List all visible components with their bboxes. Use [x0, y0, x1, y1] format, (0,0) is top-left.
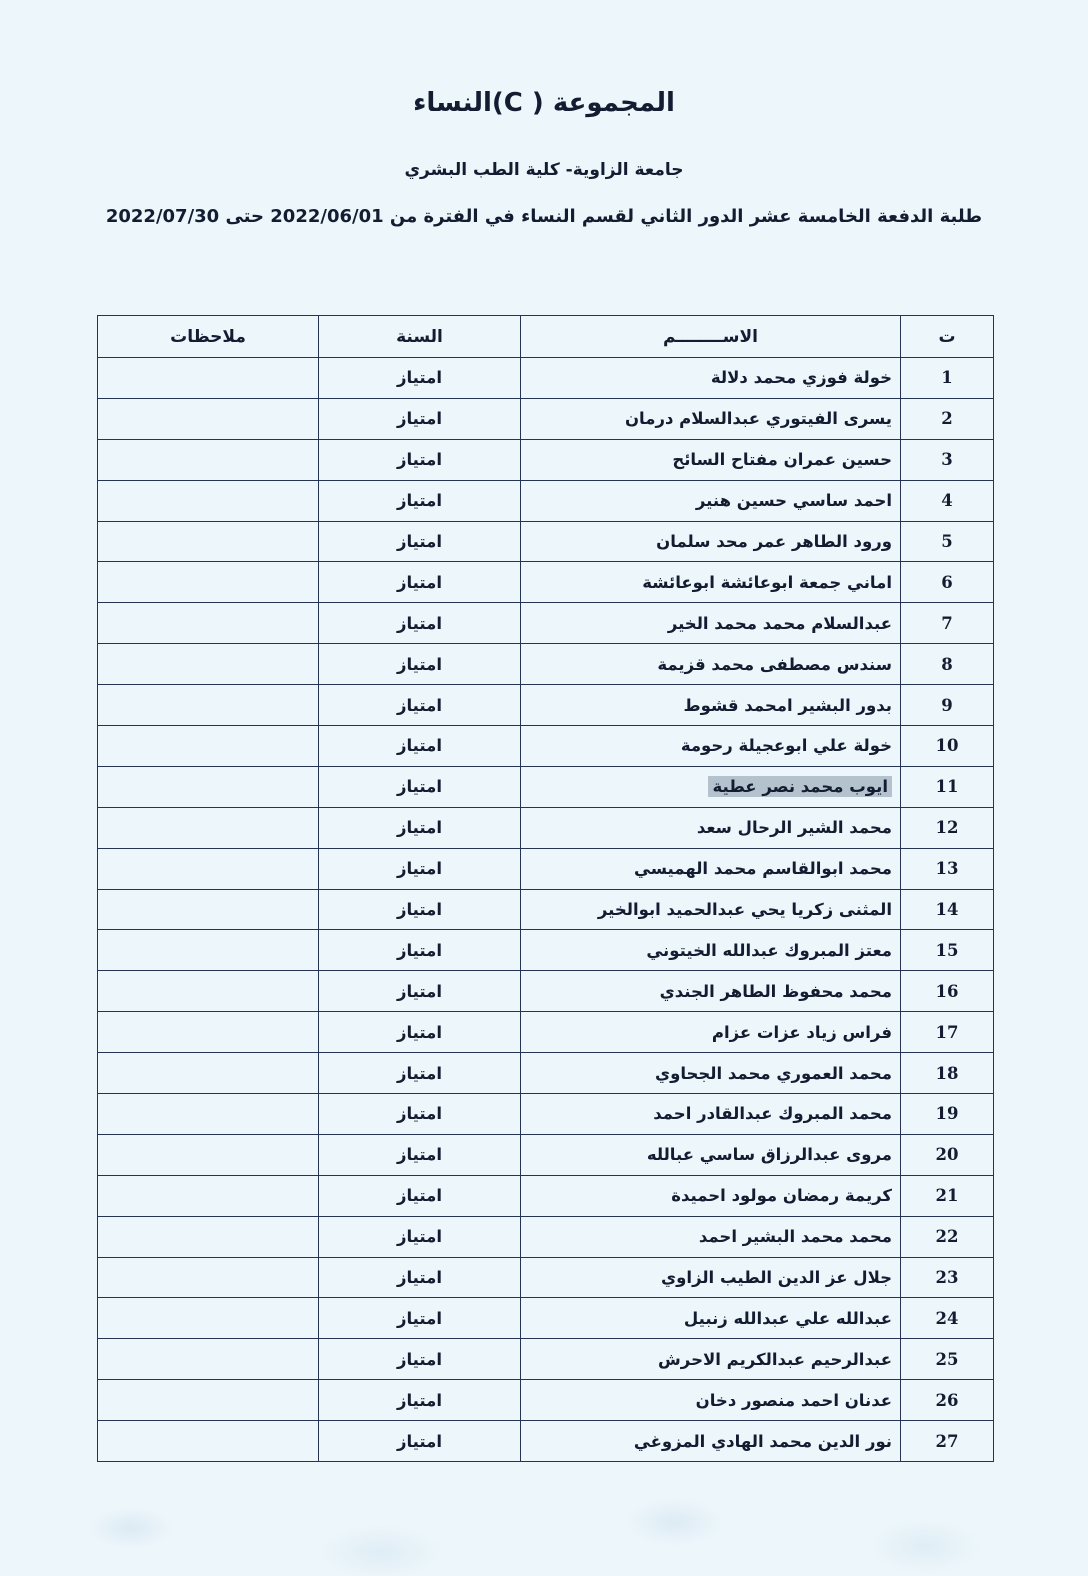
- year-cell: امتياز: [319, 971, 521, 1012]
- notes-cell: [98, 603, 319, 644]
- name-cell: المثنى زكريا يحي عبدالحميد ابوالخير: [521, 889, 901, 930]
- year-cell: امتياز: [319, 1134, 521, 1175]
- year-cell: امتياز: [319, 1380, 521, 1421]
- name-cell: خولة فوزي محمد دلالة: [521, 358, 901, 399]
- year-cell: امتياز: [319, 848, 521, 889]
- name-cell: جلال عز الدين الطيب الزاوي: [521, 1257, 901, 1298]
- notes-cell: [98, 848, 319, 889]
- serial-cell: 22: [901, 1216, 994, 1257]
- table-row: 24عبدالله علي عبدالله زنبيلامتياز: [98, 1298, 994, 1339]
- year-cell: امتياز: [319, 521, 521, 562]
- notes-cell: [98, 398, 319, 439]
- page-title: المجموعة ( C)النساء: [0, 88, 1088, 118]
- table-row: 21كريمة رمضان مولود احميدةامتياز: [98, 1175, 994, 1216]
- name-cell: ايوب محمد نصر عطية: [521, 766, 901, 807]
- year-cell: امتياز: [319, 480, 521, 521]
- name-cell: ورود الطاهر عمر محد سلمان: [521, 521, 901, 562]
- name-cell: عبدالله علي عبدالله زنبيل: [521, 1298, 901, 1339]
- page-subtitle: جامعة الزاوية- كلية الطب البشري: [0, 160, 1088, 180]
- table-row: 7عبدالسلام محمد محمد الخيرامتياز: [98, 603, 994, 644]
- year-cell: امتياز: [319, 930, 521, 971]
- name-cell: سندس مصطفى محمد قزيمة: [521, 644, 901, 685]
- year-cell: امتياز: [319, 726, 521, 767]
- name-cell: محمد المبروك عبدالقادر احمد: [521, 1094, 901, 1135]
- serial-cell: 4: [901, 480, 994, 521]
- notes-cell: [98, 1380, 319, 1421]
- name-cell: معتز المبروك عبدالله الخيتوني: [521, 930, 901, 971]
- name-cell: حسين عمران مفتاح السائح: [521, 439, 901, 480]
- year-cell: امتياز: [319, 644, 521, 685]
- serial-cell: 3: [901, 439, 994, 480]
- serial-cell: 14: [901, 889, 994, 930]
- name-cell: عبدالرحيم عبدالكريم الاحرش: [521, 1339, 901, 1380]
- notes-cell: [98, 1216, 319, 1257]
- serial-cell: 25: [901, 1339, 994, 1380]
- table-row: 6اماني جمعة ابوعائشة ابوعائشةامتياز: [98, 562, 994, 603]
- year-cell: امتياز: [319, 1257, 521, 1298]
- header-year: السنة: [319, 316, 521, 358]
- table-row: 25عبدالرحيم عبدالكريم الاحرشامتياز: [98, 1339, 994, 1380]
- year-cell: امتياز: [319, 358, 521, 399]
- serial-cell: 17: [901, 1012, 994, 1053]
- table-row: 10خولة علي ابوعجيلة رحومةامتياز: [98, 726, 994, 767]
- year-cell: امتياز: [319, 1053, 521, 1094]
- serial-cell: 24: [901, 1298, 994, 1339]
- table-row: 11ايوب محمد نصر عطيةامتياز: [98, 766, 994, 807]
- name-cell: نور الدين محمد الهادي المزوغي: [521, 1421, 901, 1462]
- period-line: طلبة الدفعة الخامسة عشر الدور الثاني لقس…: [0, 206, 1088, 227]
- serial-cell: 2: [901, 398, 994, 439]
- serial-cell: 10: [901, 726, 994, 767]
- notes-cell: [98, 521, 319, 562]
- students-table: ت الاســــــــم السنة ملاحظات 1خولة فوزي…: [97, 315, 994, 1462]
- table-row: 4احمد ساسي حسين هنيرامتياز: [98, 480, 994, 521]
- notes-cell: [98, 439, 319, 480]
- name-cell: خولة علي ابوعجيلة رحومة: [521, 726, 901, 767]
- header-serial: ت: [901, 316, 994, 358]
- table-row: 14المثنى زكريا يحي عبدالحميد ابوالخيرامت…: [98, 889, 994, 930]
- serial-cell: 26: [901, 1380, 994, 1421]
- notes-cell: [98, 889, 319, 930]
- name-cell: اماني جمعة ابوعائشة ابوعائشة: [521, 562, 901, 603]
- notes-cell: [98, 1257, 319, 1298]
- year-cell: امتياز: [319, 1094, 521, 1135]
- table-row: 12محمد الشير الرحال سعدامتياز: [98, 807, 994, 848]
- serial-cell: 8: [901, 644, 994, 685]
- table-row: 17فراس زياد عزات عزامامتياز: [98, 1012, 994, 1053]
- name-cell: محمد العموري محمد الجحاوي: [521, 1053, 901, 1094]
- serial-cell: 21: [901, 1175, 994, 1216]
- notes-cell: [98, 1175, 319, 1216]
- notes-cell: [98, 1012, 319, 1053]
- serial-cell: 15: [901, 930, 994, 971]
- table-row: 22محمد محمد البشير احمدامتياز: [98, 1216, 994, 1257]
- table-row: 1خولة فوزي محمد دلالةامتياز: [98, 358, 994, 399]
- serial-cell: 9: [901, 685, 994, 726]
- serial-cell: 27: [901, 1421, 994, 1462]
- year-cell: امتياز: [319, 562, 521, 603]
- notes-cell: [98, 1421, 319, 1462]
- year-cell: امتياز: [319, 603, 521, 644]
- name-cell: عدنان احمد منصور دخان: [521, 1380, 901, 1421]
- notes-cell: [98, 766, 319, 807]
- table-row: 19محمد المبروك عبدالقادر احمدامتياز: [98, 1094, 994, 1135]
- notes-cell: [98, 562, 319, 603]
- year-cell: امتياز: [319, 685, 521, 726]
- notes-cell: [98, 358, 319, 399]
- notes-cell: [98, 685, 319, 726]
- serial-cell: 6: [901, 562, 994, 603]
- notes-cell: [98, 1053, 319, 1094]
- serial-cell: 23: [901, 1257, 994, 1298]
- name-cell: فراس زياد عزات عزام: [521, 1012, 901, 1053]
- notes-cell: [98, 1339, 319, 1380]
- serial-cell: 16: [901, 971, 994, 1012]
- table-row: 8سندس مصطفى محمد قزيمةامتياز: [98, 644, 994, 685]
- table-row: 20مروى عبدالرزاق ساسي عباللهامتياز: [98, 1134, 994, 1175]
- table-row: 13محمد ابوالقاسم محمد الهميسيامتياز: [98, 848, 994, 889]
- year-cell: امتياز: [319, 1298, 521, 1339]
- notes-cell: [98, 644, 319, 685]
- year-cell: امتياز: [319, 1012, 521, 1053]
- year-cell: امتياز: [319, 1421, 521, 1462]
- serial-cell: 20: [901, 1134, 994, 1175]
- name-cell: يسرى الفيتوري عبدالسلام درمان: [521, 398, 901, 439]
- notes-cell: [98, 807, 319, 848]
- table-row: 26عدنان احمد منصور دخانامتياز: [98, 1380, 994, 1421]
- notes-cell: [98, 480, 319, 521]
- name-cell: عبدالسلام محمد محمد الخير: [521, 603, 901, 644]
- serial-cell: 1: [901, 358, 994, 399]
- name-cell: محمد محفوظ الطاهر الجندي: [521, 971, 901, 1012]
- table-body: 1خولة فوزي محمد دلالةامتياز2يسرى الفيتور…: [98, 358, 994, 1462]
- year-cell: امتياز: [319, 398, 521, 439]
- highlighted-name: ايوب محمد نصر عطية: [708, 776, 892, 797]
- notes-cell: [98, 1094, 319, 1135]
- table-row: 5ورود الطاهر عمر محد سلمانامتياز: [98, 521, 994, 562]
- year-cell: امتياز: [319, 1216, 521, 1257]
- serial-cell: 18: [901, 1053, 994, 1094]
- year-cell: امتياز: [319, 889, 521, 930]
- table-row: 2يسرى الفيتوري عبدالسلام درمانامتياز: [98, 398, 994, 439]
- name-cell: بدور البشير امحمد قشوط: [521, 685, 901, 726]
- name-cell: كريمة رمضان مولود احميدة: [521, 1175, 901, 1216]
- name-cell: محمد محمد البشير احمد: [521, 1216, 901, 1257]
- serial-cell: 12: [901, 807, 994, 848]
- table-row: 18محمد العموري محمد الجحاويامتياز: [98, 1053, 994, 1094]
- name-cell: محمد الشير الرحال سعد: [521, 807, 901, 848]
- serial-cell: 5: [901, 521, 994, 562]
- name-cell: محمد ابوالقاسم محمد الهميسي: [521, 848, 901, 889]
- serial-cell: 11: [901, 766, 994, 807]
- table-row: 15معتز المبروك عبدالله الخيتونيامتياز: [98, 930, 994, 971]
- header-name: الاســــــــم: [521, 316, 901, 358]
- year-cell: امتياز: [319, 807, 521, 848]
- header-notes: ملاحظات: [98, 316, 319, 358]
- year-cell: امتياز: [319, 439, 521, 480]
- serial-cell: 19: [901, 1094, 994, 1135]
- notes-cell: [98, 1298, 319, 1339]
- serial-cell: 13: [901, 848, 994, 889]
- table-row: 23جلال عز الدين الطيب الزاويامتياز: [98, 1257, 994, 1298]
- name-cell: احمد ساسي حسين هنير: [521, 480, 901, 521]
- table-row: 16محمد محفوظ الطاهر الجنديامتياز: [98, 971, 994, 1012]
- notes-cell: [98, 930, 319, 971]
- notes-cell: [98, 1134, 319, 1175]
- table-row: 3حسين عمران مفتاح السائحامتياز: [98, 439, 994, 480]
- notes-cell: [98, 726, 319, 767]
- table-header-row: ت الاســــــــم السنة ملاحظات: [98, 316, 994, 358]
- year-cell: امتياز: [319, 766, 521, 807]
- year-cell: امتياز: [319, 1175, 521, 1216]
- name-cell: مروى عبدالرزاق ساسي عبالله: [521, 1134, 901, 1175]
- notes-cell: [98, 971, 319, 1012]
- serial-cell: 7: [901, 603, 994, 644]
- year-cell: امتياز: [319, 1339, 521, 1380]
- table-row: 27نور الدين محمد الهادي المزوغيامتياز: [98, 1421, 994, 1462]
- table-row: 9بدور البشير امحمد قشوطامتياز: [98, 685, 994, 726]
